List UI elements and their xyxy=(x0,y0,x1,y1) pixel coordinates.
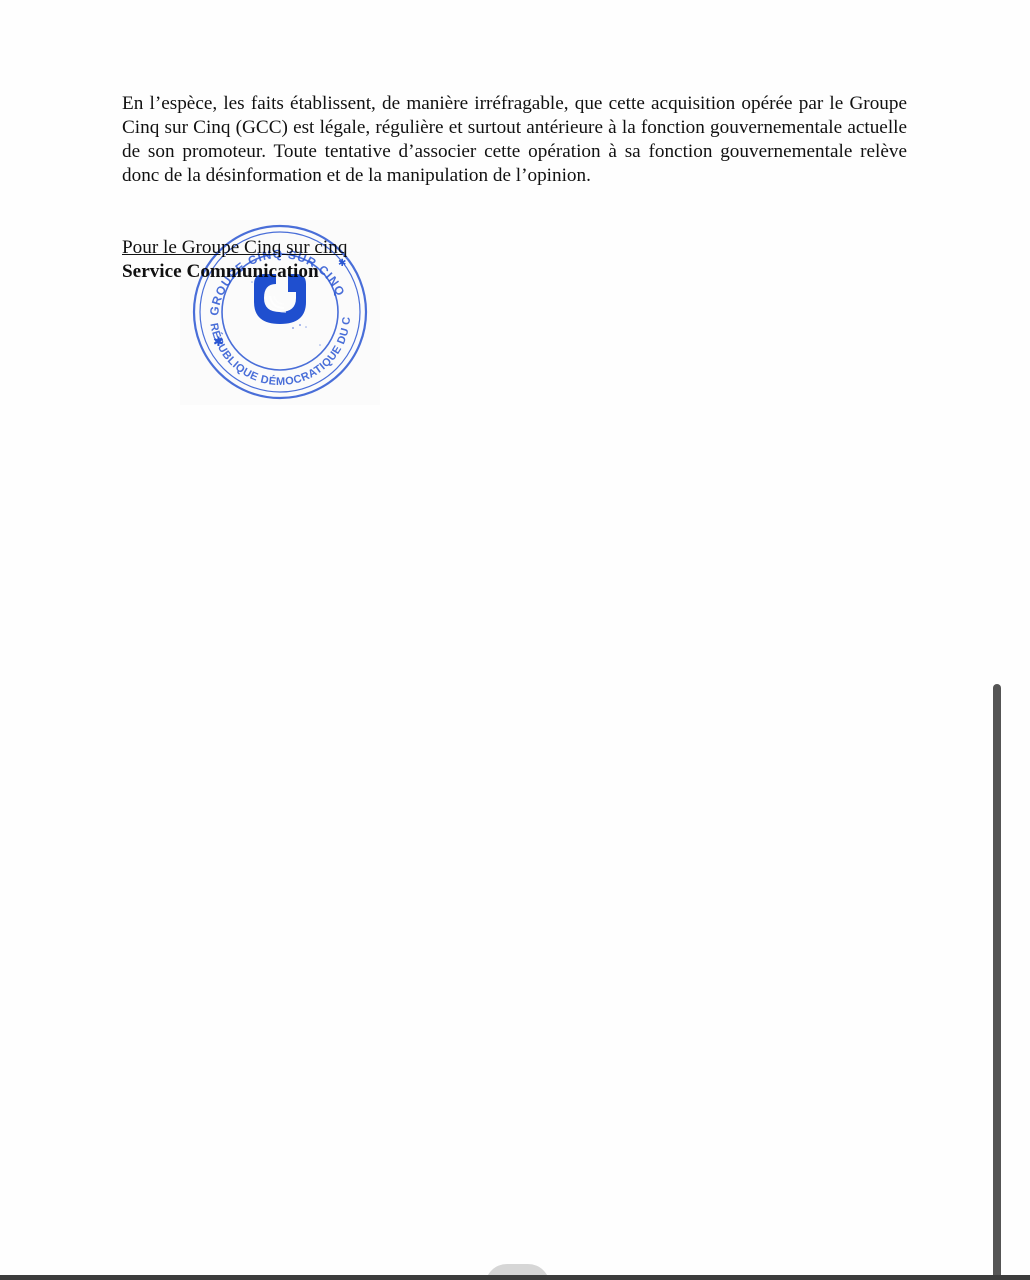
bottom-navigation-bar xyxy=(0,1275,1030,1280)
svg-text:✱: ✱ xyxy=(213,335,224,350)
document-page: En l’espèce, les faits établissent, de m… xyxy=(0,0,1030,1275)
vertical-scrollbar[interactable] xyxy=(993,684,1001,1280)
company-stamp: GROUPE CINQ SUR CINQ RÉPUBLIQUE DÉMOCRAT… xyxy=(180,220,380,405)
svg-text:✱: ✱ xyxy=(338,258,346,269)
body-paragraph: En l’espèce, les faits établissent, de m… xyxy=(122,92,907,188)
gcc-logo-icon xyxy=(254,274,306,324)
svg-text:RÉPUBLIQUE DÉMOCRATIQUE DU CON: RÉPUBLIQUE DÉMOCRATIQUE DU CONGO xyxy=(180,220,353,388)
stamp-seal-icon: GROUPE CINQ SUR CINQ RÉPUBLIQUE DÉMOCRAT… xyxy=(180,220,380,405)
